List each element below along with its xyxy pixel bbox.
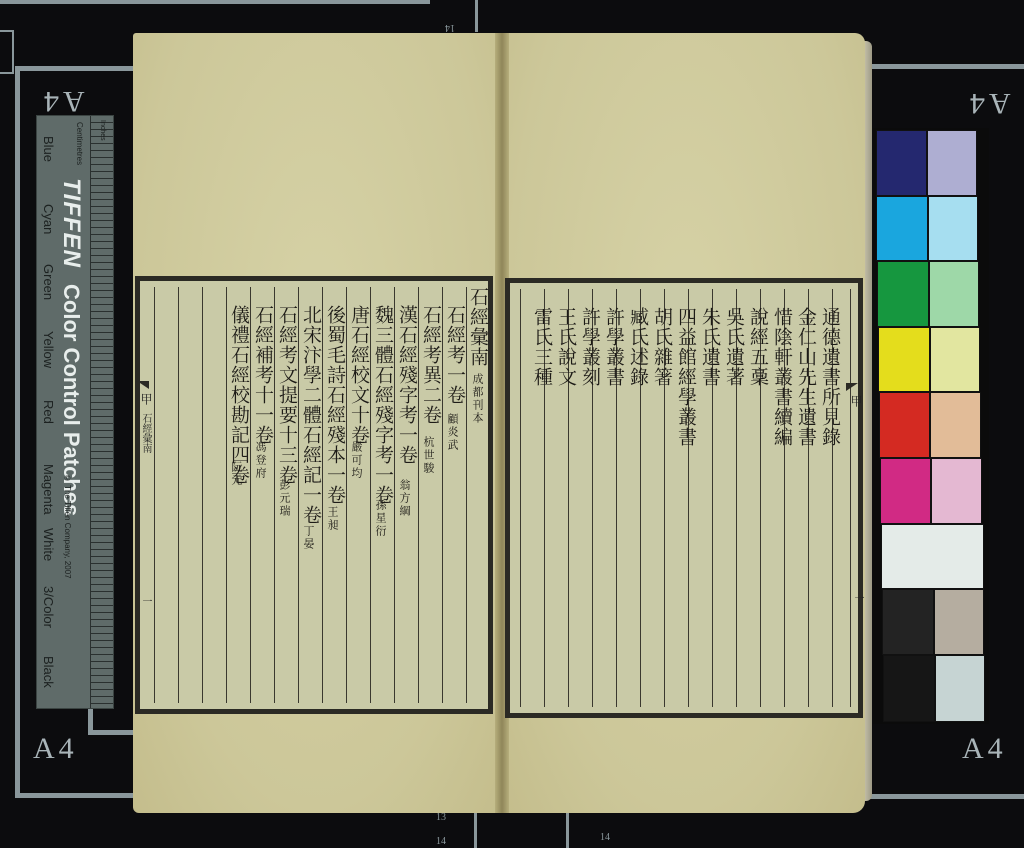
- entry-title: 胡氏雜箸: [652, 307, 671, 387]
- entry-title: 說經五稾: [748, 307, 767, 387]
- entry-author: 顧炎武: [447, 413, 458, 452]
- entry-title: 石經考一卷: [445, 305, 464, 405]
- column-rule: [298, 287, 299, 703]
- right-page-text-block: 甲 一 通德遺書所見錄 金仁山先生遺書 惜陰軒叢書續編 說經五稾 吳氏遺著 朱氏…: [505, 278, 863, 718]
- bottom-scale-14-left: 14: [436, 836, 446, 847]
- bottom-scale-bar-right: [566, 812, 569, 848]
- color-control-chart: [873, 128, 989, 724]
- entry-title: 四益館經學叢書: [676, 307, 695, 447]
- entry-title: 漢石經殘字考一卷: [397, 305, 416, 465]
- edge-letter-b: [0, 30, 14, 74]
- ruler-label-black: Black: [41, 656, 56, 688]
- patch-cyan-light: [928, 196, 978, 261]
- entry-author: 孫星衍: [375, 499, 386, 538]
- ruler-label-white: White: [41, 528, 56, 561]
- entry-title: 魏三體石經殘字考一卷: [373, 305, 392, 505]
- a4-marker-bottom-left: A4: [33, 732, 78, 766]
- entry-author: 馮登府: [255, 441, 266, 480]
- fishtail-mark: [846, 383, 858, 391]
- ruler-label-yellow: Yellow: [41, 331, 56, 368]
- entry-title: 朱氏遺書: [700, 307, 719, 387]
- column-rule: [226, 287, 227, 703]
- entry-title: 臧氏述錄: [628, 307, 647, 387]
- column-rule: [274, 287, 275, 703]
- column-rule: [850, 289, 851, 707]
- column-rule: [370, 287, 371, 703]
- entry-author: 嚴可均: [351, 441, 362, 480]
- entry-title: 石經考異二卷: [421, 305, 440, 425]
- entry-title: 通德遺書所見錄: [820, 307, 839, 447]
- ruler-label-3color: 3/Color: [41, 586, 56, 628]
- entry-title: 金仁山先生遺書: [796, 307, 815, 447]
- column-rule: [418, 287, 419, 703]
- patch-cyan-dark: [876, 196, 928, 261]
- a4-marker-top-left: A4: [40, 84, 85, 118]
- ruler-units-top: Centimetres: [75, 122, 84, 165]
- ruler-copyright: © The Tiffen Company, 2007: [63, 474, 72, 579]
- column-rule: [520, 289, 521, 707]
- patch-black-dark: [883, 655, 935, 722]
- column-rule: [202, 287, 203, 703]
- entry-author: 翁方綱: [399, 479, 410, 518]
- ruler-label-red: Red: [41, 400, 56, 424]
- patch-blue-light: [927, 130, 977, 196]
- bottom-scale-bar-left: [474, 810, 477, 848]
- tiffen-logo: TIFFEN: [58, 178, 85, 268]
- margin-title: 石經彙南: [140, 413, 150, 453]
- patch-3color-light: [934, 589, 984, 655]
- column-rule: [394, 287, 395, 703]
- patch-green-light: [929, 261, 979, 327]
- entry-author: 彭元瑞: [279, 479, 290, 518]
- entry-title: 許學叢書: [604, 307, 623, 387]
- margin-volume: 甲: [140, 393, 152, 405]
- patch-magenta-dark: [880, 458, 931, 524]
- patch-red-light: [930, 392, 981, 458]
- entry-title: 北宋汴學二體石經記一卷: [301, 305, 320, 525]
- open-book: 甲 石經彙南 一 石經彙南 成都刊本 石經考一卷 顧炎武 石經考異二卷 杭世駿 …: [133, 33, 871, 813]
- patch-black-light: [935, 655, 985, 722]
- ruler-label-green: Green: [41, 264, 56, 300]
- entry-author: 王昶: [327, 506, 338, 532]
- entry-title: 石經考文提要十三卷: [277, 305, 296, 485]
- patch-green-dark: [877, 261, 929, 327]
- entry-title: 後蜀毛詩石經殘本一卷: [325, 305, 344, 505]
- fishtail-mark: [137, 381, 149, 389]
- bottom-scale-13-left: 13: [436, 812, 446, 823]
- a4-marker-bottom-right: A4: [962, 732, 1007, 766]
- ruler-brand: TIFFEN Color Control Patches: [57, 178, 85, 516]
- column-rule: [154, 287, 155, 703]
- a4-marker-top-right: A4: [966, 86, 1011, 120]
- ruler-scale: [90, 116, 113, 708]
- column-rule: [322, 287, 323, 703]
- entry-title: 惜陰軒叢書續編: [772, 307, 791, 447]
- ruler-units-right: Inches: [99, 120, 106, 141]
- patch-white: [881, 524, 984, 589]
- entry-author: 丁晏: [303, 525, 314, 551]
- ruler-label-magenta: Magenta: [41, 464, 56, 515]
- top-scale-bar: [475, 0, 478, 32]
- patch-blue-dark: [876, 130, 927, 196]
- tiffen-color-ruler: Centimetres Inches Blue Cyan Green Yello…: [36, 115, 114, 709]
- entry-title: 王氏說文: [556, 307, 575, 387]
- column-rule: [178, 287, 179, 703]
- left-page-text-block: 甲 石經彙南 一 石經彙南 成都刊本 石經考一卷 顧炎武 石經考異二卷 杭世駿 …: [135, 276, 493, 714]
- entry-title: 吳氏遺著: [724, 307, 743, 387]
- entry-title: 唐石經校文十卷: [349, 305, 368, 445]
- column-rule: [250, 287, 251, 703]
- patch-3color-dark: [882, 589, 934, 655]
- entry-title: 儀禮石經校勘記四卷: [229, 305, 248, 485]
- margin-page-number: 一: [852, 593, 862, 603]
- entry-title: 石經補考十一卷: [253, 305, 272, 445]
- margin-page-number: 一: [140, 596, 150, 606]
- top-scale-line: [0, 0, 430, 4]
- bottom-scale-14-right: 14: [600, 832, 610, 843]
- entry-author: 阮元: [231, 461, 242, 487]
- column-rule: [442, 287, 443, 703]
- top-scale-number: 14: [445, 22, 455, 33]
- ruler-label-cyan: Cyan: [41, 204, 56, 234]
- patch-yellow-dark: [878, 327, 930, 392]
- patch-magenta-light: [931, 458, 982, 524]
- entry-title: 許學叢刻: [580, 307, 599, 387]
- column-rule: [346, 287, 347, 703]
- entry-title: 雷氏三種: [532, 307, 551, 387]
- patch-red-dark: [879, 392, 930, 458]
- patch-yellow-light: [930, 327, 980, 392]
- entry-author: 杭世駿: [423, 436, 434, 475]
- margin-volume: 甲: [850, 395, 862, 407]
- ruler-label-blue: Blue: [41, 136, 56, 162]
- book-title-heading: 石經彙南: [468, 287, 487, 367]
- book-title-note: 成都刊本: [472, 373, 483, 425]
